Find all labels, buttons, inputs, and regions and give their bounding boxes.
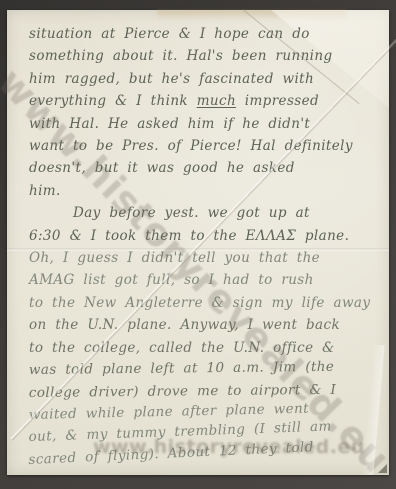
- handwritten-line: Oh, I guess I didn't tell you that the: [29, 247, 381, 269]
- handwritten-line: want to be Pres. of Pierce! Hal definite…: [29, 135, 381, 157]
- handwritten-line: him.: [29, 180, 381, 202]
- handwritten-line: him ragged, but he's fascinated with: [29, 68, 381, 90]
- handwritten-line: something about it. Hal's been running: [29, 45, 381, 67]
- line-text: impressed: [236, 93, 319, 109]
- handwritten-line: to the New Angleterre & sign my life awa…: [29, 292, 381, 314]
- handwritten-line: was told plane left at 10 a.m. Jim (the: [29, 355, 381, 381]
- underlined-word: much: [197, 93, 236, 109]
- handwritten-line: with Hal. He asked him if he didn't: [29, 113, 381, 135]
- handwritten-line: AMAG list got full, so I had to rush: [29, 269, 381, 291]
- handwritten-line: on the U.N. plane. Anyway, I went back: [29, 314, 381, 336]
- handwritten-line: Day before yest. we got up at: [29, 202, 381, 224]
- line-text: everything & I think: [29, 93, 197, 109]
- handwritten-line: doesn't, but it was good he asked: [29, 157, 381, 179]
- letter-page: situation at Pierce & I hope can do some…: [7, 10, 389, 475]
- scanner-background: situation at Pierce & I hope can do some…: [0, 0, 396, 489]
- handwritten-line: situation at Pierce & I hope can do: [29, 23, 381, 45]
- handwritten-text-block: situation at Pierce & I hope can do some…: [29, 23, 381, 471]
